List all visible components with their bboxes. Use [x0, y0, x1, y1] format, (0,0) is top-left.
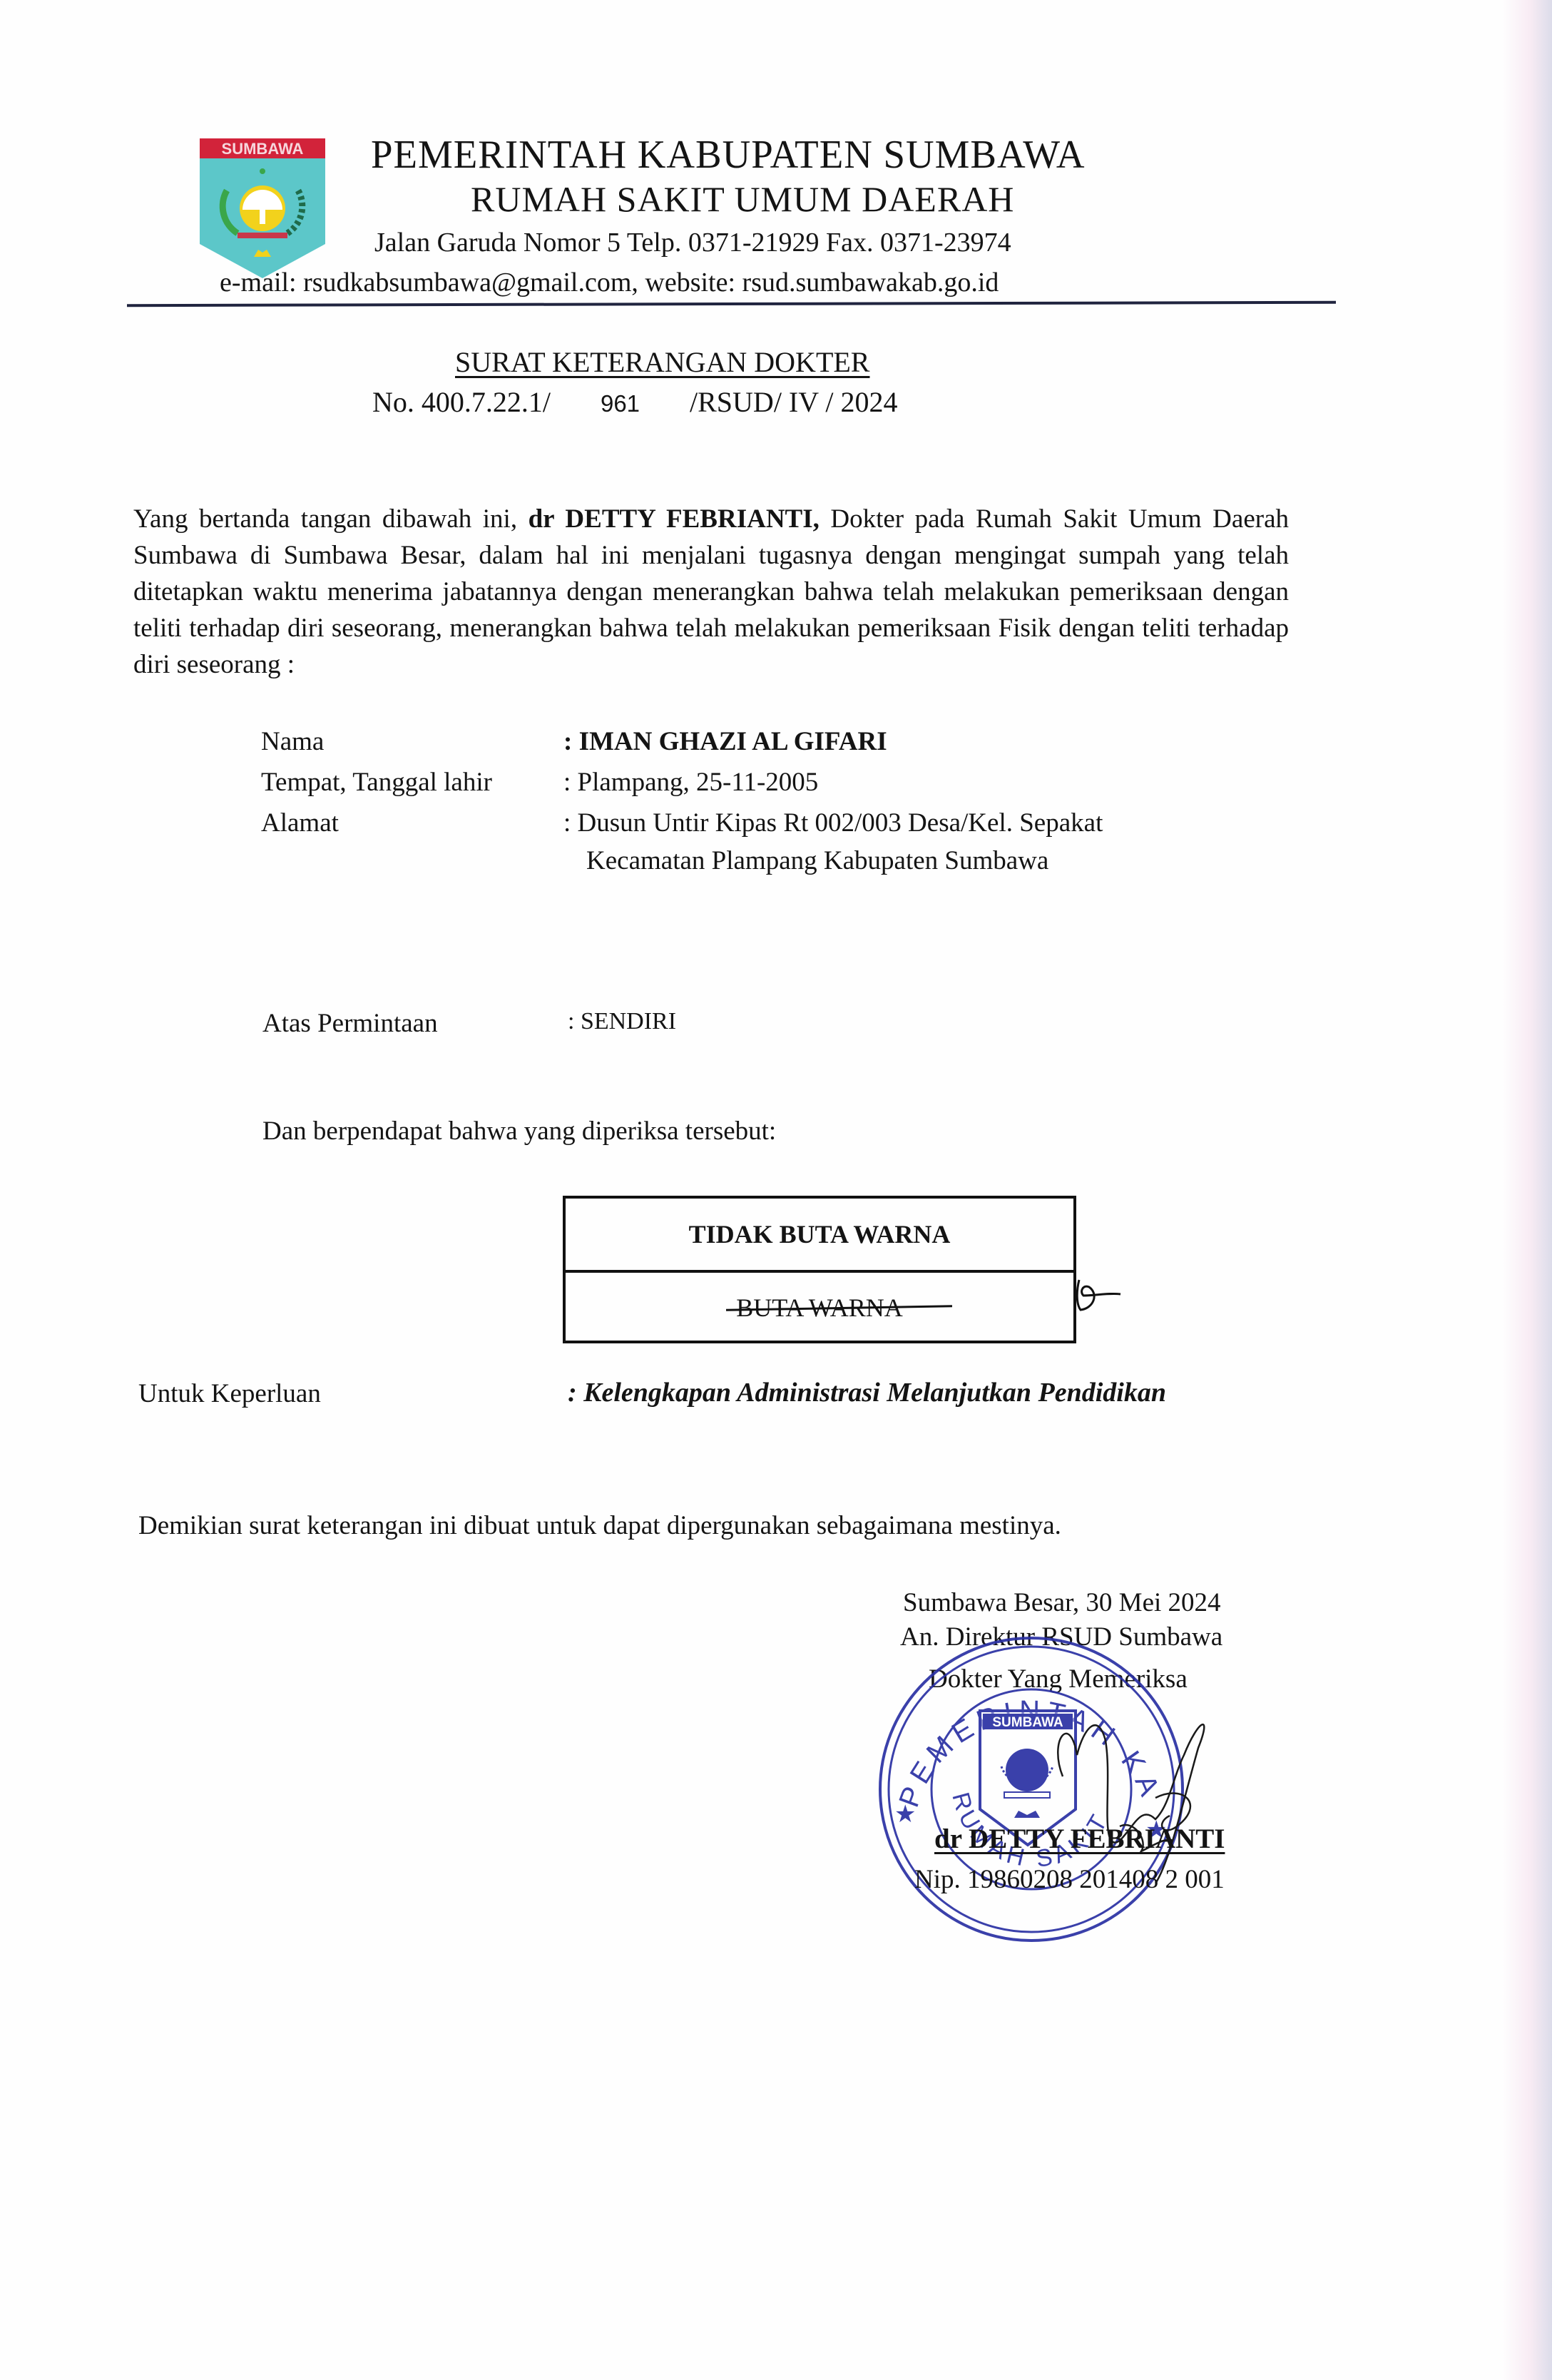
value-alamat-line2: Kecamatan Plampang Kabupaten Sumbawa — [586, 845, 1048, 876]
label-atas-permintaan: Atas Permintaan — [262, 1008, 438, 1039]
number-value: 961 — [551, 390, 690, 417]
result-option-not-colorblind: TIDAK BUTA WARNA — [566, 1199, 1073, 1270]
intro-text-start: Yang bertanda tangan dibawah ini, — [133, 504, 529, 534]
letterhead-divider — [127, 301, 1336, 307]
value-alamat-line1: : Dusun Untir Kipas Rt 002/003 Desa/Kel.… — [563, 808, 1103, 838]
result-option-label: TIDAK BUTA WARNA — [689, 1219, 951, 1249]
value-untuk-keperluan: : Kelengkapan Administrasi Melanjutkan P… — [568, 1377, 1166, 1408]
label-nama: Nama — [261, 726, 324, 757]
number-suffix: /RSUD/ IV / 2024 — [690, 386, 898, 418]
intro-paragraph: Yang bertanda tangan dibawah ini, dr DET… — [133, 501, 1289, 683]
label-alamat: Alamat — [261, 808, 339, 838]
value-tempat-tanggal-lahir: : Plampang, 25-11-2005 — [563, 767, 818, 798]
label-tempat-tanggal-lahir: Tempat, Tanggal lahir — [261, 767, 492, 798]
document-number: No. 400.7.22.1/961/RSUD/ IV / 2024 — [372, 385, 898, 419]
letterhead-hospital: RUMAH SAKIT UMUM DAERAH — [471, 178, 1014, 220]
value-nama: : IMAN GHAZI AL GIFARI — [563, 726, 887, 757]
number-prefix: No. 400.7.22.1/ — [372, 386, 551, 418]
doctor-name-inline: dr DETTY FEBRIANTI, — [529, 504, 820, 534]
sumbawa-regency-logo-icon: SUMBAWA — [198, 137, 327, 280]
signer-name: dr DETTY FEBRIANTI — [934, 1823, 1225, 1855]
place-date: Sumbawa Besar, 30 Mei 2024 — [903, 1587, 1221, 1618]
handwritten-initial-icon — [1073, 1277, 1123, 1313]
result-option-colorblind-struck: BUTA WARNA — [566, 1270, 1073, 1344]
letterhead-contact: e-mail: rsudkabsumbawa@gmail.com, websit… — [220, 267, 999, 298]
document-title: SURAT KETERANGAN DOKTER — [455, 345, 869, 379]
closing-statement: Demikian surat keterangan ini dibuat unt… — [138, 1510, 1061, 1541]
opinion-intro: Dan berpendapat bahwa yang diperiksa ter… — [262, 1116, 776, 1146]
result-box: TIDAK BUTA WARNA BUTA WARNA — [563, 1196, 1076, 1343]
value-atas-permintaan: : SENDIRI — [568, 1008, 676, 1035]
letterhead-address: Jalan Garuda Nomor 5 Telp. 0371-21929 Fa… — [374, 227, 1011, 258]
result-option-label-struck: BUTA WARNA — [736, 1293, 902, 1323]
page-edge-shadow — [1502, 0, 1552, 2380]
letterhead-government: PEMERINTAH KABUPATEN SUMBAWA — [371, 132, 1086, 178]
svg-text:★: ★ — [894, 1801, 916, 1828]
signer-nip: Nip. 19860208 201408 2 001 — [914, 1864, 1225, 1895]
svg-text:SUMBAWA: SUMBAWA — [222, 140, 304, 158]
label-untuk-keperluan: Untuk Keperluan — [138, 1378, 321, 1409]
